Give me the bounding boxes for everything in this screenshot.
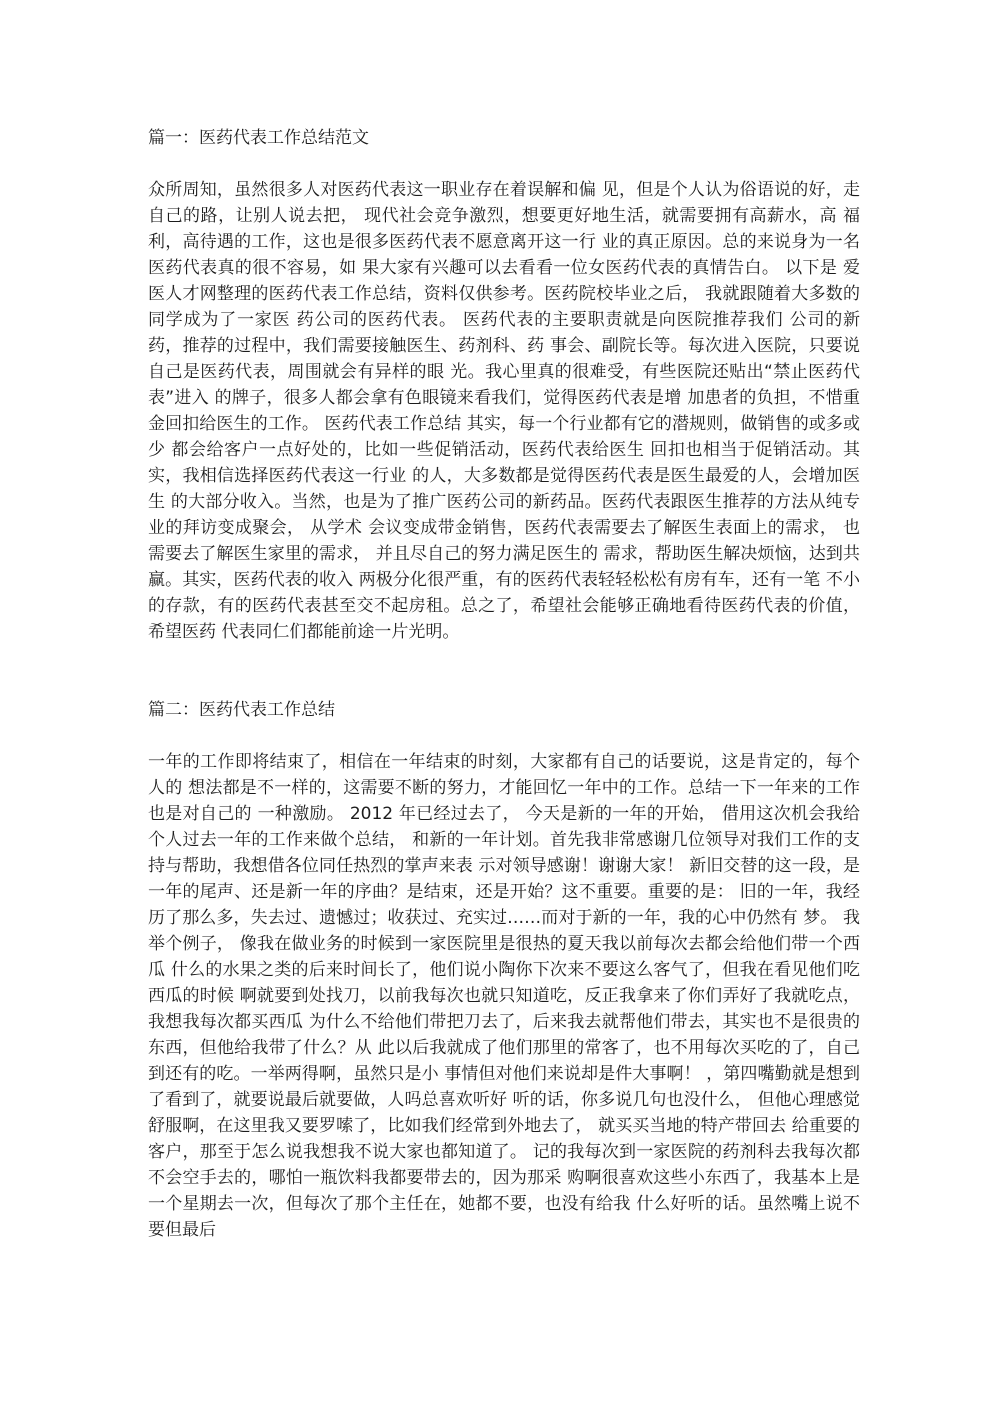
section-1-paragraph: 众所周知，虽然很多人对医药代表这一职业存在着误解和偏 见，但是个人认为俗语说的好… [148, 177, 860, 645]
section-2-paragraph: 一年的工作即将结束了，相信在一年结束的时刻，大家都有自己的话要说，这是肯定的，每… [148, 749, 860, 1243]
section-1: 篇一：医药代表工作总结范文 众所周知，虽然很多人对医药代表这一职业存在着误解和偏… [148, 125, 860, 645]
section-2: 篇二：医药代表工作总结 一年的工作即将结束了，相信在一年结束的时刻，大家都有自己… [148, 697, 860, 1243]
section-1-title: 篇一：医药代表工作总结范文 [148, 125, 860, 151]
document-page: 篇一：医药代表工作总结范文 众所周知，虽然很多人对医药代表这一职业存在着误解和偏… [0, 0, 1000, 1415]
section-2-title: 篇二：医药代表工作总结 [148, 697, 860, 723]
